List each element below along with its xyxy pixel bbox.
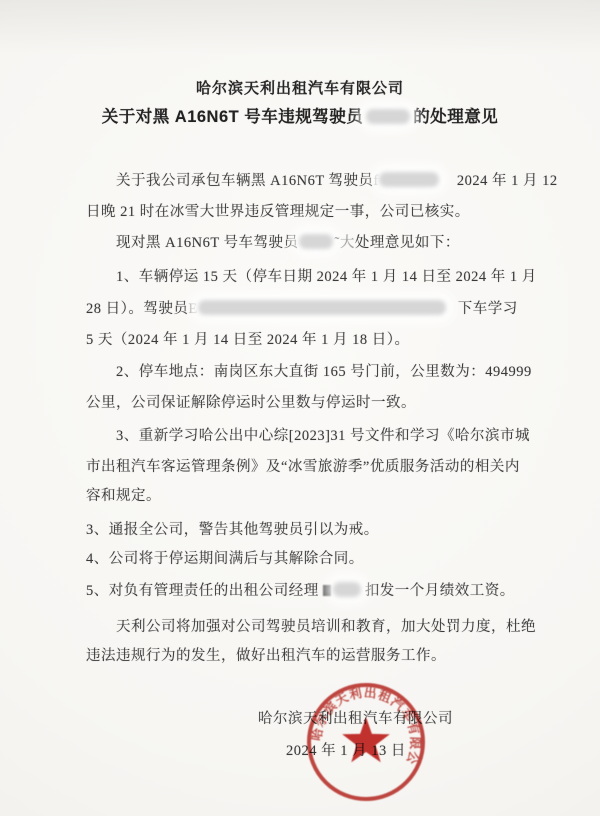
list-item-line: 4、公司将于停运期间满后与其解除合同。 bbox=[86, 548, 364, 570]
list-item-line: 5、对负有管理责任的出租公司经理扣发一个月绩效工资。 bbox=[86, 580, 515, 602]
notice-subtitle: 关于对黑 A16N6T 号车违规驾驶员的处理意见 bbox=[0, 106, 600, 128]
closing-line: 违法违规行为的发生，做好出租汽车的运营服务工作。 bbox=[86, 645, 446, 667]
closing-line: 天利公司将加强对公司驾驶员培训和教育，加大处罚力度，杜绝 bbox=[116, 616, 536, 638]
redaction-smudge bbox=[299, 234, 333, 249]
paragraph-line: 关于我公司承包车辆黑 A16N6T 驾驶员f2024 年 1 月 12 bbox=[116, 170, 558, 192]
redaction-smudge bbox=[379, 172, 439, 187]
erased-character-fragment: E bbox=[188, 301, 197, 317]
list-item-line: 3、通报全公司，警告其他驾驶员引以为戒。 bbox=[86, 519, 379, 541]
subtitle-text-after: 的处理意见 bbox=[413, 108, 498, 126]
notice-document-photo: 哈尔滨天利出租汽车有限公司 关于对黑 A16N6T 号车违规驾驶员的处理意见 关… bbox=[0, 0, 600, 816]
body-text: 28 日）。驾驶员 bbox=[86, 301, 188, 317]
list-item-line: 2、停车地点：南岗区东大直街 165 号门前，公里数为：494999 bbox=[116, 361, 532, 383]
list-item-line: 5 天（2024 年 1 月 14 日至 2024 年 1 月 18 日）。 bbox=[86, 329, 410, 351]
erased-character-fragment: ˜大 bbox=[335, 235, 355, 251]
paragraph-line: 现对黑 A16N6T 号车驾驶员˜大处理意见如下： bbox=[116, 232, 460, 254]
company-title: 哈尔滨天利出租汽车有限公司 bbox=[0, 78, 600, 100]
list-item-line: 3、重新学习哈公出中心综[2023]31 号文件和学习《哈尔滨市城 bbox=[116, 425, 530, 447]
seal-star-icon bbox=[342, 717, 390, 762]
body-text: 现对黑 A16N6T 号车驾驶员 bbox=[116, 235, 299, 251]
body-text: 扣发一个月绩效工资。 bbox=[365, 583, 515, 599]
body-text: 2024 年 1 月 12 bbox=[457, 173, 558, 189]
list-item-line: 公里，公司保证解除停运时公里数与停运时一致。 bbox=[86, 392, 416, 414]
company-seal-stamp: 哈尔滨天利出租汽车有限公司 bbox=[304, 680, 428, 804]
list-item-line: 28 日）。驾驶员E下车学习 bbox=[86, 298, 518, 320]
erased-character-fragment bbox=[323, 585, 331, 596]
body-text: 下车学习 bbox=[458, 301, 518, 317]
photo-shading bbox=[0, 0, 600, 55]
redaction-smudge bbox=[198, 300, 446, 315]
paragraph-line: 日晚 21 时在冰雪大世界违反管理规定一事，公司已核实。 bbox=[86, 201, 470, 223]
body-text: 关于我公司承包车辆黑 A16N6T 驾驶员 bbox=[116, 173, 374, 189]
list-item-line: 1、车辆停运 15 天（停车日期 2024 年 1 月 14 日至 2024 年… bbox=[116, 266, 537, 288]
subtitle-text-before: 关于对黑 A16N6T 号车违规驾驶员 bbox=[102, 108, 364, 126]
redaction-smudge bbox=[366, 109, 410, 124]
list-item-line: 市出租汽车客运管理条例》及“冰雪旅游季”优质服务活动的相关内 bbox=[86, 456, 520, 478]
body-text: 处理意见如下： bbox=[355, 235, 460, 251]
body-text: 5、对负有管理责任的出租公司经理 bbox=[86, 583, 319, 599]
redaction-smudge bbox=[333, 582, 361, 597]
list-item-line: 容和规定。 bbox=[86, 485, 161, 507]
